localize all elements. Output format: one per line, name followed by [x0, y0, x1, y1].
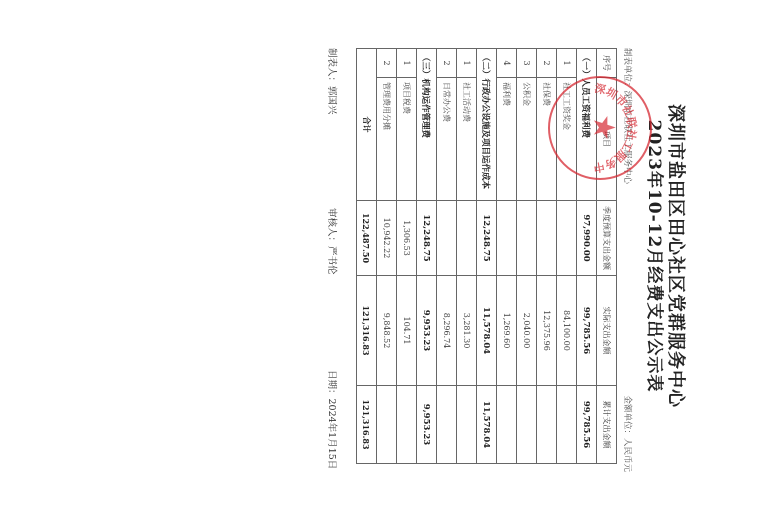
table-row: （三）机构运作管理费12,248.759,953.239,953.23 [417, 49, 437, 464]
table-row: 1社工活动费3,281.30 [457, 49, 477, 464]
row-item: 项目税费 [397, 78, 417, 201]
header-item: 项目 [597, 78, 617, 201]
row-actual: 104.71 [397, 276, 417, 386]
row-seq: 1 [397, 49, 417, 78]
row-seq: 1 [557, 49, 577, 78]
row-category: （三）机构运作管理费 [417, 49, 437, 201]
row-item: 社工工资奖金 [557, 78, 577, 201]
row-cumulative [457, 386, 477, 464]
row-actual: 1,269.60 [497, 276, 517, 386]
currency-unit-label: 金额单位：人民币元 [622, 395, 634, 472]
row-item: 公积金 [517, 78, 537, 201]
row-budget: 12,248.75 [417, 201, 437, 276]
row-item: 社保费 [537, 78, 557, 201]
table-row: （二）行政办公设施及项目运作成本12,248.7511,578.0411,578… [477, 49, 497, 464]
header-actual: 实际支出金额 [597, 276, 617, 386]
row-budget: 1,306.53 [397, 201, 417, 276]
row-actual: 9,848.52 [377, 276, 397, 386]
row-actual: 3,281.30 [457, 276, 477, 386]
row-cumulative: 99,785.56 [577, 386, 597, 464]
row-item: 日常办公费 [437, 78, 457, 201]
row-seq: 3 [517, 49, 537, 78]
row-cumulative [557, 386, 577, 464]
row-cumulative: 9,953.23 [417, 386, 437, 464]
row-seq: 2 [377, 49, 397, 78]
row-budget [437, 201, 457, 276]
header-seq: 序号 [597, 49, 617, 78]
row-budget [557, 201, 577, 276]
row-budget [537, 201, 557, 276]
row-cumulative [497, 386, 517, 464]
table-row: （一）人员工资福利费97,990.0099,785.5699,785.56 [577, 49, 597, 464]
row-cumulative [377, 386, 397, 464]
row-actual: 121,316.83 [357, 276, 377, 386]
report-date: 日期：2024年1月15日 [326, 370, 340, 469]
row-budget [517, 201, 537, 276]
row-budget: 10,942.22 [377, 201, 397, 276]
table-body: （一）人员工资福利费97,990.0099,785.5699,785.561社工… [357, 49, 597, 464]
row-category: 合计 [357, 49, 377, 201]
row-budget [497, 201, 517, 276]
row-seq: 2 [537, 49, 557, 78]
row-actual: 11,578.04 [477, 276, 497, 386]
prepared-by: 制表人：郭国兴 [326, 48, 340, 115]
row-actual: 8,296.74 [437, 276, 457, 386]
table-row: 2社保费12,375.96 [537, 49, 557, 464]
row-budget: 97,990.00 [577, 201, 597, 276]
row-cumulative: 11,578.04 [477, 386, 497, 464]
row-actual: 9,953.23 [417, 276, 437, 386]
document-page: 深圳市盐田区田心社区党群服务中心 2023年10-12月经费支出公示表 制表单位… [0, 0, 768, 512]
row-category: （一）人员工资福利费 [577, 49, 597, 201]
table-header-row: 序号 项目 季度预算支出金额 实际支出金额 累计支出金额 [597, 49, 617, 464]
reviewed-by: 审核人：严书伦 [326, 208, 340, 275]
row-cumulative [537, 386, 557, 464]
document-subtitle: 2023年10-12月经费支出公示表 [644, 0, 669, 512]
total-row: 合计122,487.50121,316.83121,316.83 [357, 49, 377, 464]
table-row: 1项目税费1,306.53104.71 [397, 49, 417, 464]
row-item: 社工活动费 [457, 78, 477, 201]
row-seq: 1 [457, 49, 477, 78]
row-actual: 84,100.00 [557, 276, 577, 386]
row-seq: 2 [437, 49, 457, 78]
header-budget: 季度预算支出金额 [597, 201, 617, 276]
row-cumulative [397, 386, 417, 464]
row-actual: 12,375.96 [537, 276, 557, 386]
row-cumulative [437, 386, 457, 464]
row-actual: 99,785.56 [577, 276, 597, 386]
row-seq: 4 [497, 49, 517, 78]
row-actual: 2,040.00 [517, 276, 537, 386]
table-row: 1社工工资奖金84,100.00 [557, 49, 577, 464]
row-budget: 12,248.75 [477, 201, 497, 276]
row-item: 管理费用分摊 [377, 78, 397, 201]
row-budget: 122,487.50 [357, 201, 377, 276]
row-category: （二）行政办公设施及项目运作成本 [477, 49, 497, 201]
table-row: 2日常办公费8,296.74 [437, 49, 457, 464]
expense-table: 序号 项目 季度预算支出金额 实际支出金额 累计支出金额 （一）人员工资福利费9… [356, 48, 617, 464]
header-cumulative: 累计支出金额 [597, 386, 617, 464]
row-item: 福利费 [497, 78, 517, 201]
table-row: 3公积金2,040.00 [517, 49, 537, 464]
table-row: 4福利费1,269.60 [497, 49, 517, 464]
row-budget [457, 201, 477, 276]
table-row: 2管理费用分摊10,942.229,848.52 [377, 49, 397, 464]
preparing-unit-label: 制表单位：深圳市社联社工服务中心 [622, 48, 634, 184]
row-cumulative: 121,316.83 [357, 386, 377, 464]
row-cumulative [517, 386, 537, 464]
